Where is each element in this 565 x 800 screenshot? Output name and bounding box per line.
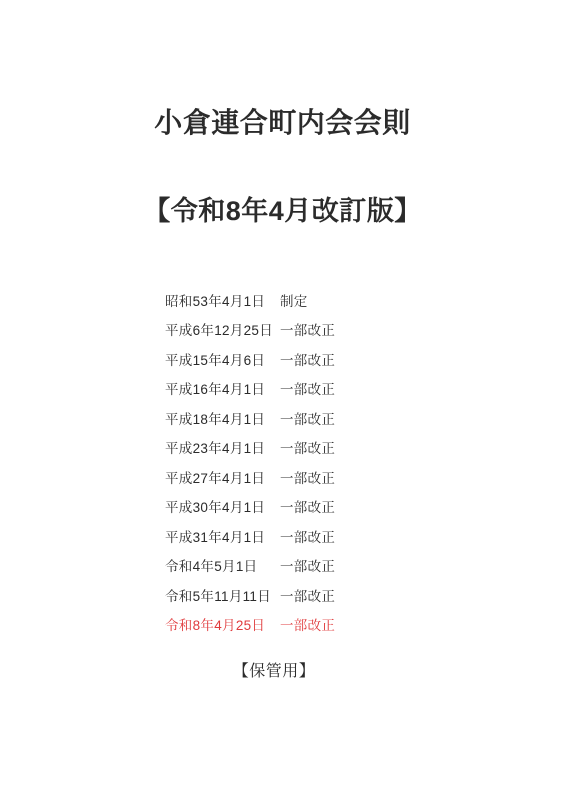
revision-date: 令和5年11月11日: [165, 585, 280, 605]
revision-date: 昭和53年4月1日: [165, 290, 280, 310]
revision-row: 平成27年4月1日 一部改正: [165, 462, 335, 492]
revision-action: 一部改正: [280, 614, 335, 634]
revision-action: 制定: [280, 290, 308, 310]
revision-row: 平成18年4月1日 一部改正: [165, 403, 335, 433]
revision-action: 一部改正: [280, 496, 335, 516]
revision-date: 平成15年4月6日: [165, 349, 280, 369]
revision-row-highlighted: 令和8年4月25日 一部改正: [165, 610, 335, 640]
revision-row: 平成30年4月1日 一部改正: [165, 492, 335, 522]
revision-date: 平成18年4月1日: [165, 408, 280, 428]
revision-row: 令和4年5月1日 一部改正: [165, 551, 335, 581]
revision-action: 一部改正: [280, 408, 335, 428]
revision-date: 平成27年4月1日: [165, 467, 280, 487]
revision-row: 平成23年4月1日 一部改正: [165, 433, 335, 463]
revision-row: 平成6年12月25日 一部改正: [165, 315, 335, 345]
revision-history: 昭和53年4月1日 制定 平成6年12月25日 一部改正 平成15年4月6日 一…: [165, 285, 335, 639]
revision-row: 令和5年11月11日 一部改正: [165, 580, 335, 610]
document-title: 小倉連合町内会会則: [0, 106, 565, 140]
revision-date: 平成6年12月25日: [165, 319, 280, 339]
revision-action: 一部改正: [280, 555, 335, 575]
revision-row: 平成16年4月1日 一部改正: [165, 374, 335, 404]
revision-row: 昭和53年4月1日 制定: [165, 285, 335, 315]
revision-date: 令和8年4月25日: [165, 614, 280, 634]
document-page: 小倉連合町内会会則 【令和8年4月改訂版】 昭和53年4月1日 制定 平成6年1…: [0, 0, 565, 800]
revision-date: 平成16年4月1日: [165, 378, 280, 398]
revision-action: 一部改正: [280, 467, 335, 487]
revision-row: 平成15年4月6日 一部改正: [165, 344, 335, 374]
revision-action: 一部改正: [280, 526, 335, 546]
revision-row: 平成31年4月1日 一部改正: [165, 521, 335, 551]
revision-action: 一部改正: [280, 349, 335, 369]
revision-action: 一部改正: [280, 437, 335, 457]
revision-date: 平成31年4月1日: [165, 526, 280, 546]
document-edition-subtitle: 【令和8年4月改訂版】: [0, 194, 565, 228]
revision-date: 令和4年5月1日: [165, 555, 280, 575]
revision-action: 一部改正: [280, 319, 335, 339]
revision-date: 平成30年4月1日: [165, 496, 280, 516]
revision-action: 一部改正: [280, 585, 335, 605]
storage-label: 【保管用】: [0, 658, 548, 681]
revision-action: 一部改正: [280, 378, 335, 398]
revision-date: 平成23年4月1日: [165, 437, 280, 457]
